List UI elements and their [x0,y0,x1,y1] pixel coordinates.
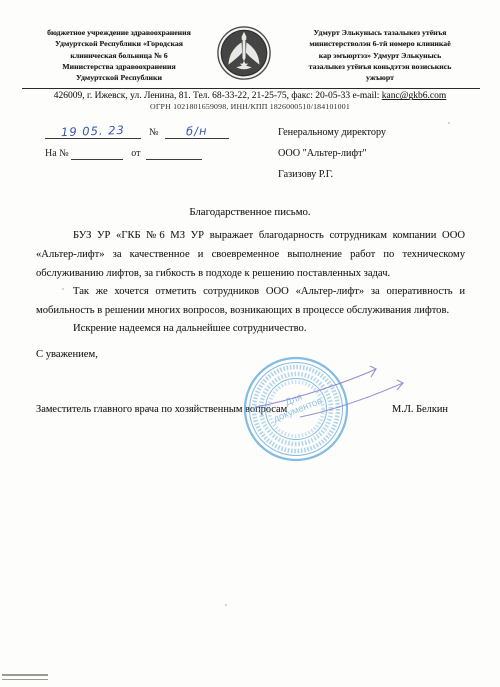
date-number-line: 19 05. 23№б/н [45,124,229,139]
address-line: 426009, г. Ижевск, ул. Ленина, 81. Тел. … [0,91,500,101]
reply-reference-line: На № от [45,148,229,160]
org-ru-line: бюджетное учреждение здравоохранения [28,27,210,38]
header-divider [22,88,480,89]
scanned-letter-page: бюджетное учреждение здравоохранения Удм… [0,0,500,687]
org-ru-line: клиническая больница № 6 [28,50,210,61]
recipient-title: Генеральному директору [278,122,386,143]
stamp: Для документов [238,351,354,467]
email-link: kanc@gkb6.com [382,91,446,101]
registration-line: ОГРН 1021801659098, ИНН/КПП 1826000510/1… [0,102,500,111]
reference-fields: 19 05. 23№б/н На № от [45,124,229,160]
org-ru-line: Министерства здравоохранения [28,61,210,72]
scan-speck [62,288,64,290]
handwritten-number: б/н [186,124,208,139]
paragraph: Так же хочется отметить сотрудников ООО … [36,283,465,320]
reply-na-label: На № [45,148,69,159]
reply-number-field [71,148,123,160]
org-udm-line: тазалыкез утёнъя коньдэтэн возиськись [280,61,480,72]
number-field: б/н [165,124,229,139]
org-ru-line: Удмуртской Республики [28,72,210,83]
reference-area: 19 05. 23№б/н На № от Генеральному дирек… [0,124,500,182]
handwritten-date: 19 05. 23 [61,123,125,139]
letterhead: бюджетное учреждение здравоохранения Удм… [0,0,500,83]
signature-name: М.Л. Белкин [392,404,448,415]
letter-title: Благодарственное письмо. [0,206,500,218]
address-text: 426009, г. Ижевск, ул. Ленина, 81. Тел. … [54,91,380,101]
org-udm-line: ужъюрт [280,72,480,83]
recipient-company: ООО "Альтер-лифт" [278,143,386,164]
org-name-russian: бюджетное учреждение здравоохранения Удм… [28,25,210,83]
paragraph: БУЗ УР «ГКБ №6 МЗ УР выражает благодарно… [36,227,465,283]
scan-artifact [2,671,48,683]
org-udm-line: министерстволэн 6-тӥ номеро клиникаё [280,38,480,49]
date-field: 19 05. 23 [45,124,141,139]
number-label: № [149,127,159,138]
reply-ot-label: от [131,148,140,159]
scan-speck [225,604,227,606]
letter-body: БУЗ УР «ГКБ №6 МЗ УР выражает благодарно… [36,227,465,339]
scan-speck [448,122,450,124]
org-udm-line: кар эмъюртэз» Удмурт Элькунысь [280,50,480,61]
recipient-name: Газизову Р.Г. [278,164,386,185]
org-udm-line: Удмурт Элькунысь тазалыкез утёнъя [280,27,480,38]
org-name-udmurt: Удмурт Элькунысь тазалыкез утёнъя минист… [280,25,480,83]
paragraph: Искрение надеемся на дальнейшее сотрудни… [36,320,465,339]
org-ru-line: Удмуртской Республики «Городская [28,38,210,49]
reply-date-field [146,148,202,160]
recipient-block: Генеральному директору ООО "Альтер-лифт"… [278,122,386,185]
coat-of-arms-icon [212,25,276,83]
